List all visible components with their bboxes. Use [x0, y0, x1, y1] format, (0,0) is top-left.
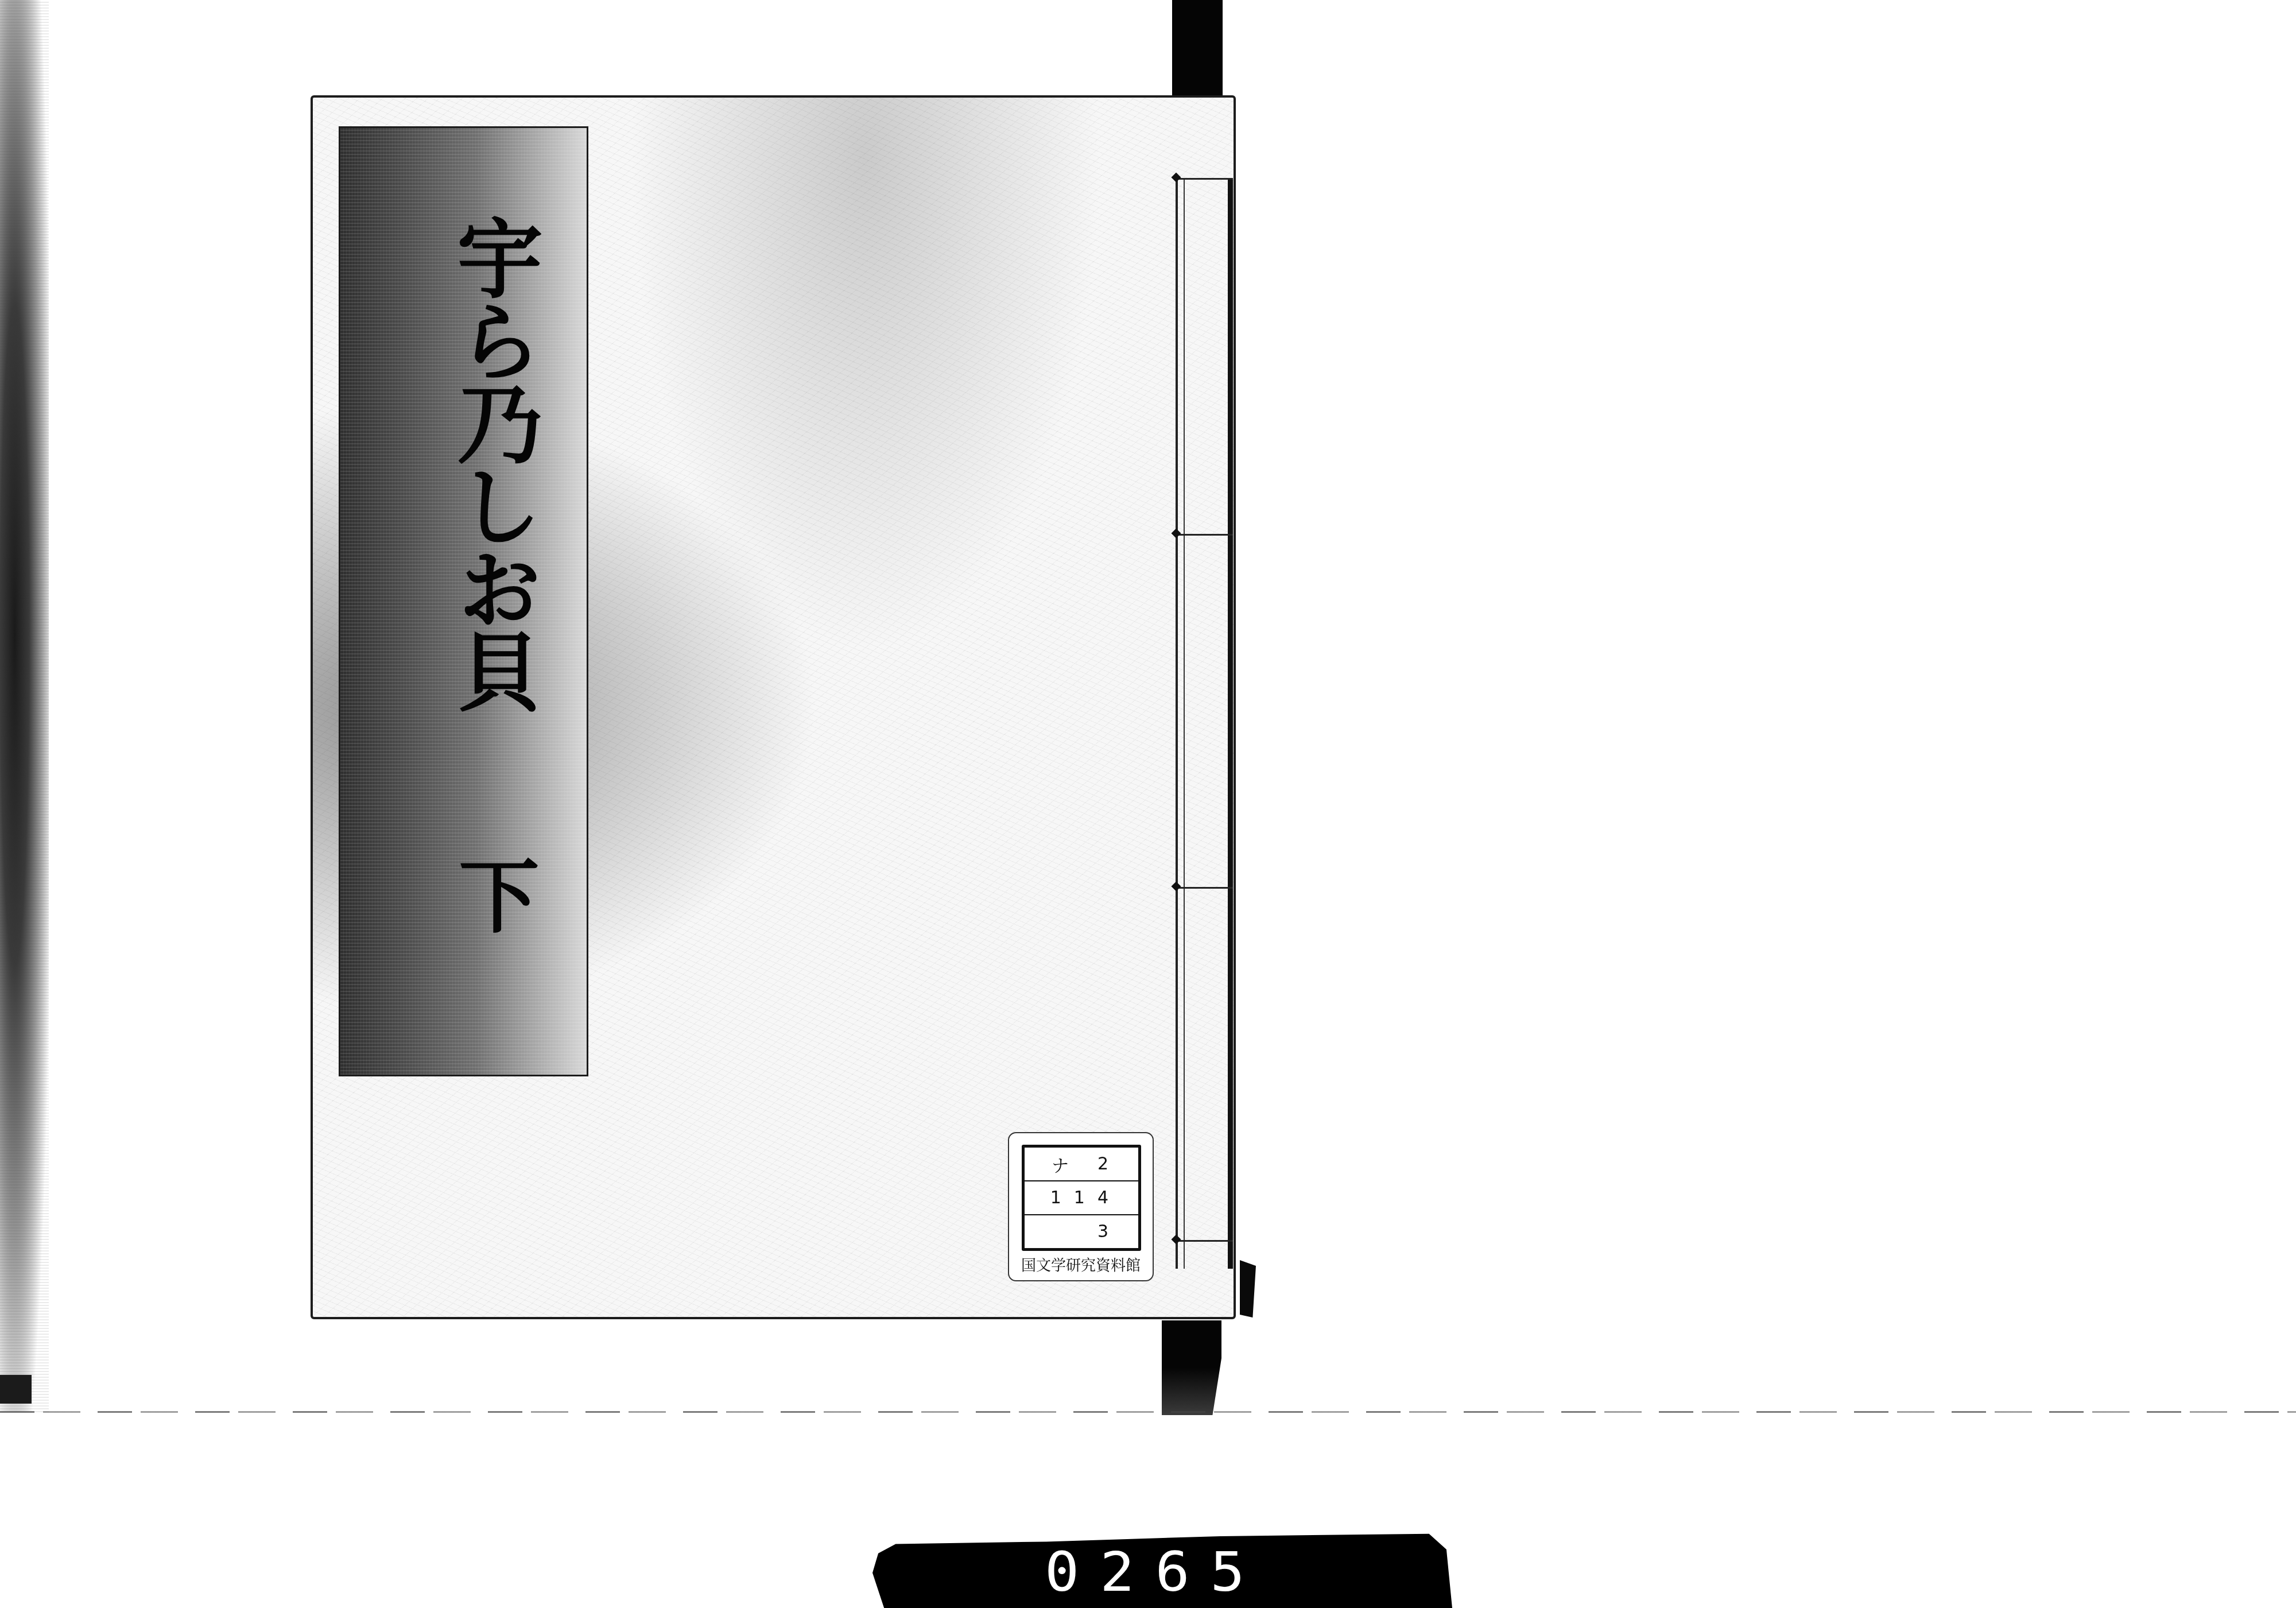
volume-marker: 下: [435, 854, 550, 935]
call-number-grid: ナ 2 114 3: [1022, 1145, 1141, 1251]
scan-baseline: [0, 1411, 2296, 1413]
binding-stitch: [1176, 887, 1233, 889]
call-number-row: 3: [1025, 1215, 1138, 1248]
spine-shadow: [1240, 1260, 1256, 1318]
library-call-number-label: ナ 2 114 3 国文学研究資料館: [1008, 1132, 1154, 1281]
call-number-value: 3: [1097, 1222, 1121, 1242]
call-number-value: 114: [1050, 1188, 1121, 1208]
call-number-value: 2: [1097, 1154, 1121, 1174]
institution-name: 国文学研究資料館: [1009, 1254, 1153, 1275]
frame-number: 0265: [1045, 1540, 1343, 1604]
book-title: 宇ら乃しお貝: [421, 214, 536, 710]
adjacent-page-bleed: [0, 0, 49, 1412]
call-number-kana: ナ: [1052, 1152, 1069, 1177]
binding-stitch: [1176, 534, 1233, 536]
binding-stitch: [1176, 1240, 1233, 1242]
binding-stitch: [1176, 178, 1233, 180]
call-number-row: 114: [1025, 1181, 1138, 1215]
scan-background-top: [1172, 0, 1223, 96]
call-number-row: ナ 2: [1025, 1148, 1138, 1181]
scan-background-bottom: [1162, 1320, 1221, 1415]
title-slip: 宇ら乃しお貝 下: [339, 126, 588, 1076]
binding-inner-line: [1184, 178, 1185, 1269]
adjacent-page-shadow: [0, 1375, 32, 1404]
